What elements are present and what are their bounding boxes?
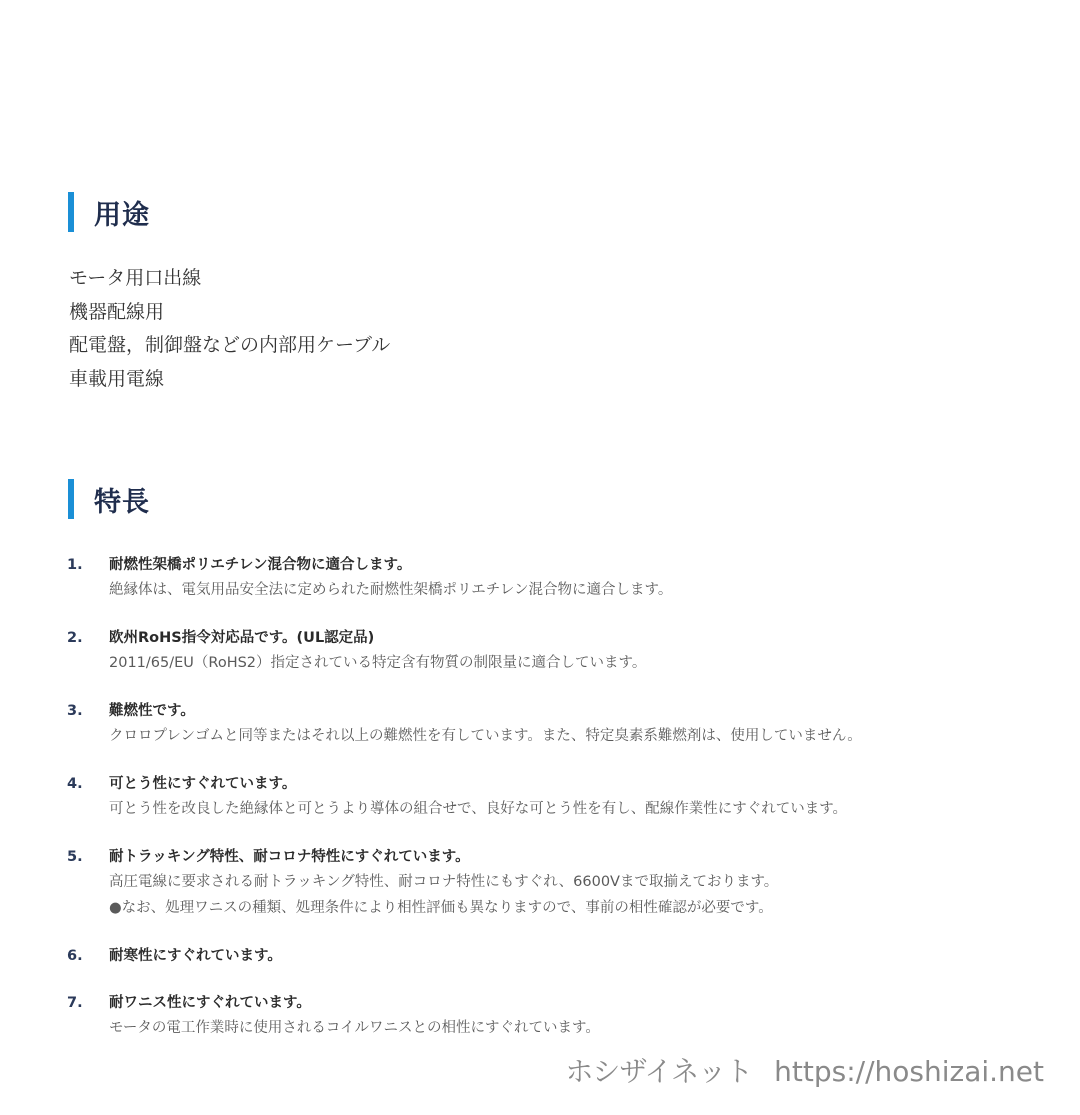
usage-section-heading: 用途 [68,192,150,232]
heading-accent-bar [68,192,74,232]
usage-item: 車載用電線 [69,363,390,397]
feature-note: ●なお、処理ワニスの種類、処理条件により相性評価も異なりますので、事前の相性確認… [109,895,1047,921]
watermark-site-name: ホシザイネット [565,1055,752,1088]
watermark: ホシザイネットhttps://hoshizai.net [565,1050,1044,1090]
feature-item-5: 5. 耐トラッキング特性、耐コロナ特性にすぐれています。 高圧電線に要求される耐… [67,845,1047,921]
usage-item: モータ用口出線 [69,262,390,296]
feature-description: 絶縁体は、電気用品安全法に定められた耐燃性架橋ポリエチレン混合物に適合します。 [109,577,1047,603]
feature-title: 耐燃性架橋ポリエチレン混合物に適合します。 [109,553,1047,577]
feature-item-3: 3. 難燃性です。 クロロプレンゴムと同等またはそれ以上の難燃性を有しています。… [67,699,1047,749]
feature-title: 難燃性です。 [109,699,1047,723]
feature-description: 高圧電線に要求される耐トラッキング特性、耐コロナ特性にもすぐれ、6600Vまで取… [109,869,1047,895]
feature-description: モータの電工作業時に使用されるコイルワニスとの相性にすぐれています。 [109,1015,1047,1041]
watermark-url: https://hoshizai.net [774,1055,1044,1088]
feature-number: 3. [67,699,109,749]
feature-item-2: 2. 欧州RoHS指令対応品です。(UL認定品) 2011/65/EU（RoHS… [67,626,1047,676]
feature-title: 可とう性にすぐれています。 [109,772,1047,796]
feature-description: クロロプレンゴムと同等またはそれ以上の難燃性を有しています。また、特定臭素系難燃… [109,723,1047,749]
feature-item-4: 4. 可とう性にすぐれています。 可とう性を改良した絶縁体と可とうより導体の組合… [67,772,1047,822]
feature-item-6: 6. 耐寒性にすぐれています。 [67,944,1047,968]
heading-accent-bar [68,479,74,519]
feature-number: 5. [67,845,109,921]
feature-title: 耐寒性にすぐれています。 [109,944,1047,968]
feature-description: 2011/65/EU（RoHS2）指定されている特定含有物質の制限量に適合してい… [109,650,1047,676]
feature-number: 1. [67,553,109,603]
feature-number: 6. [67,944,109,968]
usage-list: モータ用口出線 機器配線用 配電盤，制御盤などの内部用ケーブル 車載用電線 [69,262,390,396]
features-heading-text: 特長 [94,480,150,519]
feature-title: 耐トラッキング特性、耐コロナ特性にすぐれています。 [109,845,1047,869]
feature-description: 可とう性を改良した絶縁体と可とうより導体の組合せで、良好な可とう性を有し、配線作… [109,796,1047,822]
features-list: 1. 耐燃性架橋ポリエチレン混合物に適合します。 絶縁体は、電気用品安全法に定め… [67,553,1047,1064]
feature-title: 欧州RoHS指令対応品です。(UL認定品) [109,626,1047,650]
usage-item: 配電盤，制御盤などの内部用ケーブル [69,329,390,363]
feature-item-1: 1. 耐燃性架橋ポリエチレン混合物に適合します。 絶縁体は、電気用品安全法に定め… [67,553,1047,603]
feature-number: 4. [67,772,109,822]
feature-item-7: 7. 耐ワニス性にすぐれています。 モータの電工作業時に使用されるコイルワニスと… [67,991,1047,1041]
feature-number: 2. [67,626,109,676]
usage-heading-text: 用途 [94,193,150,232]
feature-title: 耐ワニス性にすぐれています。 [109,991,1047,1015]
usage-item: 機器配線用 [69,296,390,330]
feature-number: 7. [67,991,109,1041]
features-section-heading: 特長 [68,479,150,519]
